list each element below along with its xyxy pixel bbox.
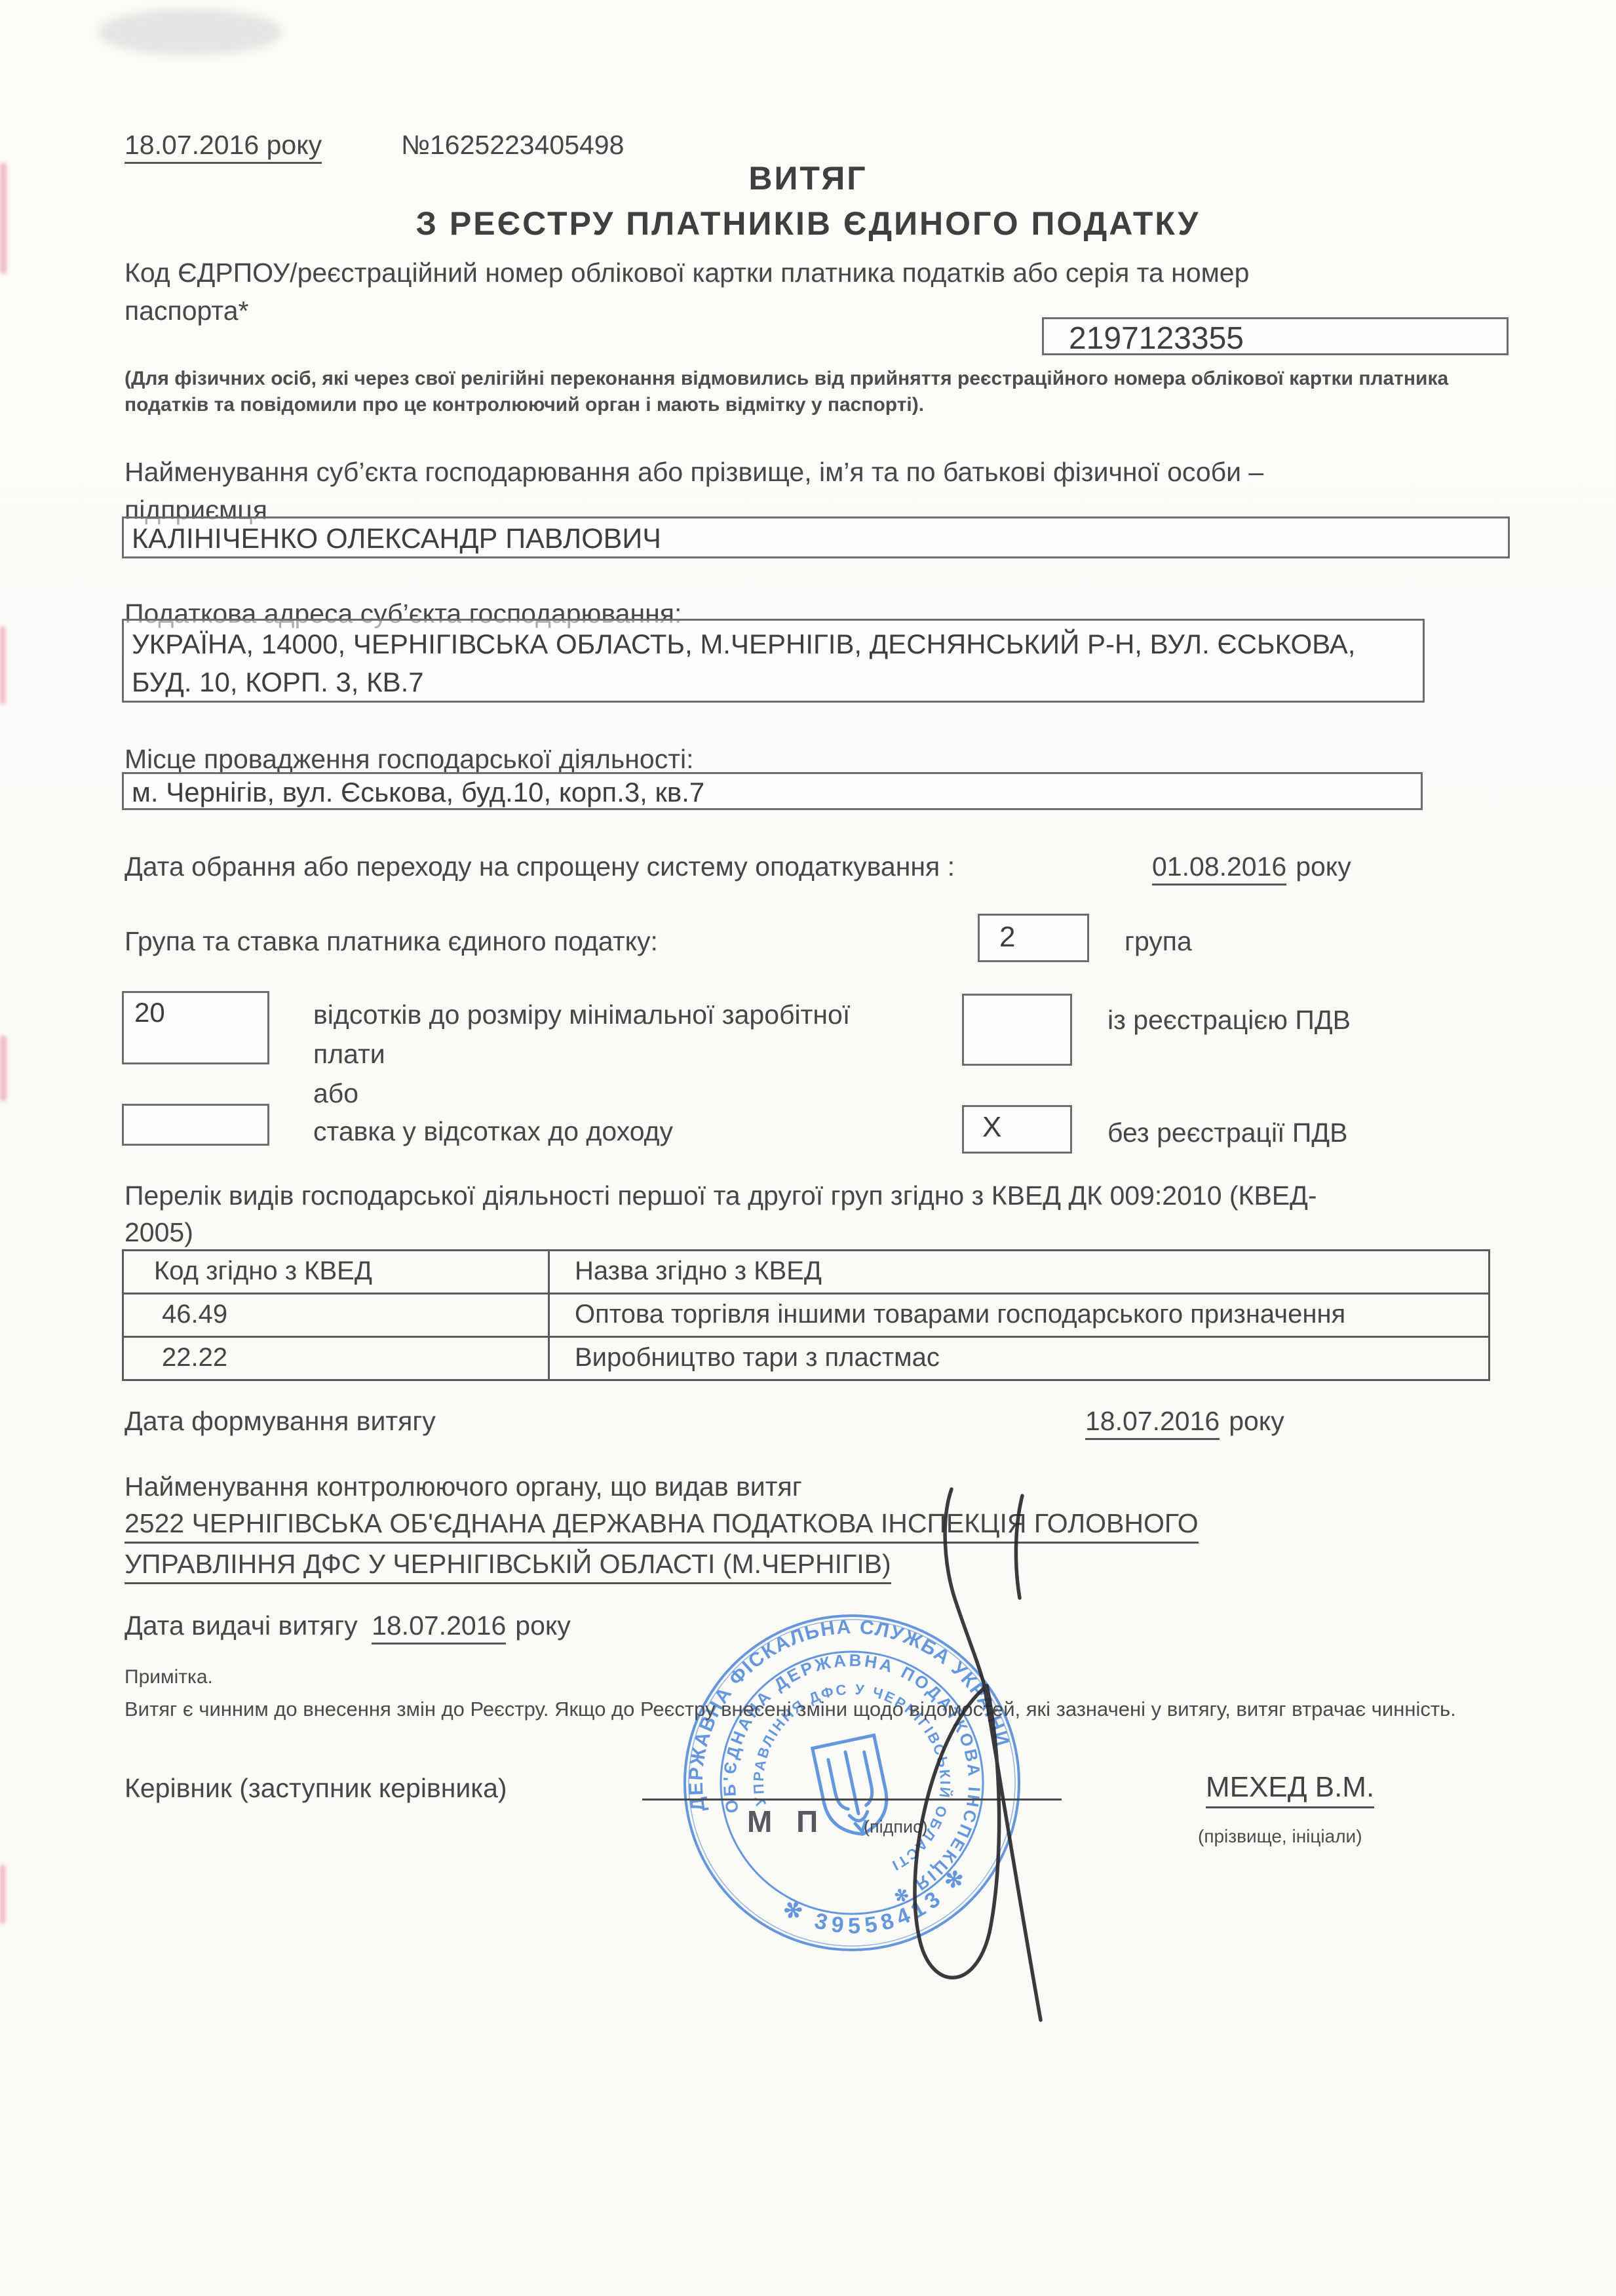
kved-row-code: 46.49	[124, 1294, 550, 1336]
document-title: ВИТЯГ	[0, 159, 1616, 197]
name-value: КАЛІНІЧЕНКО ОЛЕКСАНДР ПАВЛОВИЧ	[124, 518, 1508, 555]
vat-unregistered-checkbox: X	[962, 1105, 1072, 1154]
issuance-date-suffix: року	[515, 1610, 571, 1641]
name-label-line1: Найменування суб’єкта господарювання або…	[125, 454, 1263, 490]
issuance-date-line: Дата видачі витягу 18.07.2016року	[125, 1607, 571, 1644]
election-date-label: Дата обрання або переходу на спрощену си…	[125, 848, 955, 885]
kved-col-name-header: Назва згідно з КВЕД	[550, 1251, 1488, 1293]
election-date-value: 01.08.2016	[1152, 851, 1286, 885]
kved-row-name: Оптова торгівля іншими товарами господар…	[550, 1294, 1488, 1336]
tax-address-value: УКРАЇНА, 14000, ЧЕРНІГІВСЬКА ОБЛАСТЬ, М.…	[124, 621, 1423, 701]
vat-registered-checkbox	[962, 994, 1072, 1066]
document-number: №1625223405498	[401, 126, 624, 163]
vat-unregistered-label: без реєстрації ПДВ	[1107, 1114, 1347, 1151]
rate-or-label: або	[313, 1075, 358, 1112]
kved-heading-line1: Перелік видів господарської діяльності п…	[125, 1177, 1317, 1214]
formation-date-value: 18.07.2016	[1085, 1406, 1220, 1440]
kved-col-code-header: Код згідно з КВЕД	[124, 1251, 550, 1293]
min-wage-rate-label-line1: відсотків до розміру мінімальної заробіт…	[313, 996, 850, 1033]
edrpou-value-box: 2197123355	[1042, 317, 1509, 355]
scan-artifact	[0, 1036, 7, 1101]
min-wage-rate-label-line2: плати	[313, 1036, 385, 1072]
tax-address-box: УКРАЇНА, 14000, ЧЕРНІГІВСЬКА ОБЛАСТЬ, М.…	[122, 619, 1425, 703]
income-rate-box	[122, 1104, 269, 1146]
scan-artifact	[0, 626, 5, 705]
signature-ink	[623, 1468, 1147, 2058]
edrpou-note: (Для фізичних осіб, які через свої реліг…	[125, 366, 1533, 418]
signer-role-label: Керівник (заступник керівника)	[125, 1770, 507, 1806]
group-suffix: група	[1125, 923, 1192, 960]
signer-name-caption: (прізвище, ініціали)	[1198, 1826, 1362, 1847]
kved-row-name: Виробництво тари з пластмас	[550, 1338, 1488, 1379]
group-value: 2	[980, 916, 1087, 954]
edrpou-label-line1: Код ЄДРПОУ/реєстраційний номер облікової…	[125, 254, 1249, 291]
vat-unregistered-value: X	[964, 1107, 1070, 1144]
business-place-value: м. Чернігів, вул. Єськова, буд.10, корп.…	[124, 774, 1421, 808]
formation-date: 18.07.2016року	[1085, 1403, 1284, 1439]
scanned-document-page: ДЕРЖАВНА ФІСКАЛЬНА СЛУЖБА УКРАЇНИ ✻ 3955…	[0, 0, 1616, 2296]
income-rate-label: ставка у відсотках до доходу	[313, 1113, 673, 1150]
edrpou-value: 2197123355	[1044, 319, 1507, 357]
kved-table: Код згідно з КВЕД Назва згідно з КВЕД 46…	[122, 1249, 1490, 1381]
election-date-suffix: року	[1296, 851, 1351, 882]
document-date: 18.07.2016 року	[125, 126, 322, 163]
issuance-date-label: Дата видачі витягу	[125, 1610, 358, 1641]
kved-row-code: 22.22	[124, 1338, 550, 1379]
note-title: Примітка.	[125, 1666, 213, 1688]
group-value-box: 2	[978, 914, 1089, 962]
signer-name: МЕХЕД В.М.	[1206, 1771, 1374, 1804]
document-subtitle: З РЕЄСТРУ ПЛАТНИКІВ ЄДИНОГО ПОДАТКУ	[0, 204, 1616, 243]
edrpou-label-line2: паспорта*	[125, 292, 249, 329]
business-place-box: м. Чернігів, вул. Єськова, буд.10, корп.…	[122, 772, 1423, 810]
table-row: 22.22 Виробництво тари з пластмас	[124, 1336, 1488, 1379]
name-value-box: КАЛІНІЧЕНКО ОЛЕКСАНДР ПАВЛОВИЧ	[122, 516, 1510, 558]
formation-date-label: Дата формування витягу	[125, 1403, 436, 1439]
income-rate-value	[124, 1106, 267, 1108]
scan-artifact	[0, 1865, 5, 1924]
vat-registered-label: із реєстрацією ПДВ	[1107, 1002, 1351, 1038]
issuance-date-value: 18.07.2016	[372, 1610, 506, 1644]
election-date: 01.08.2016року	[1152, 848, 1351, 885]
kved-table-header-row: Код згідно з КВЕД Назва згідно з КВЕД	[124, 1251, 1488, 1293]
kved-heading-line2: 2005)	[125, 1214, 193, 1251]
table-row: 46.49 Оптова торгівля іншими товарами го…	[124, 1293, 1488, 1336]
min-wage-rate-box: 20	[122, 991, 269, 1064]
group-label: Група та ставка платника єдиного податку…	[125, 923, 658, 960]
min-wage-rate-value: 20	[124, 993, 267, 1028]
scan-smudge	[98, 9, 282, 55]
vat-registered-value	[964, 996, 1070, 1000]
formation-date-suffix: року	[1229, 1406, 1284, 1436]
